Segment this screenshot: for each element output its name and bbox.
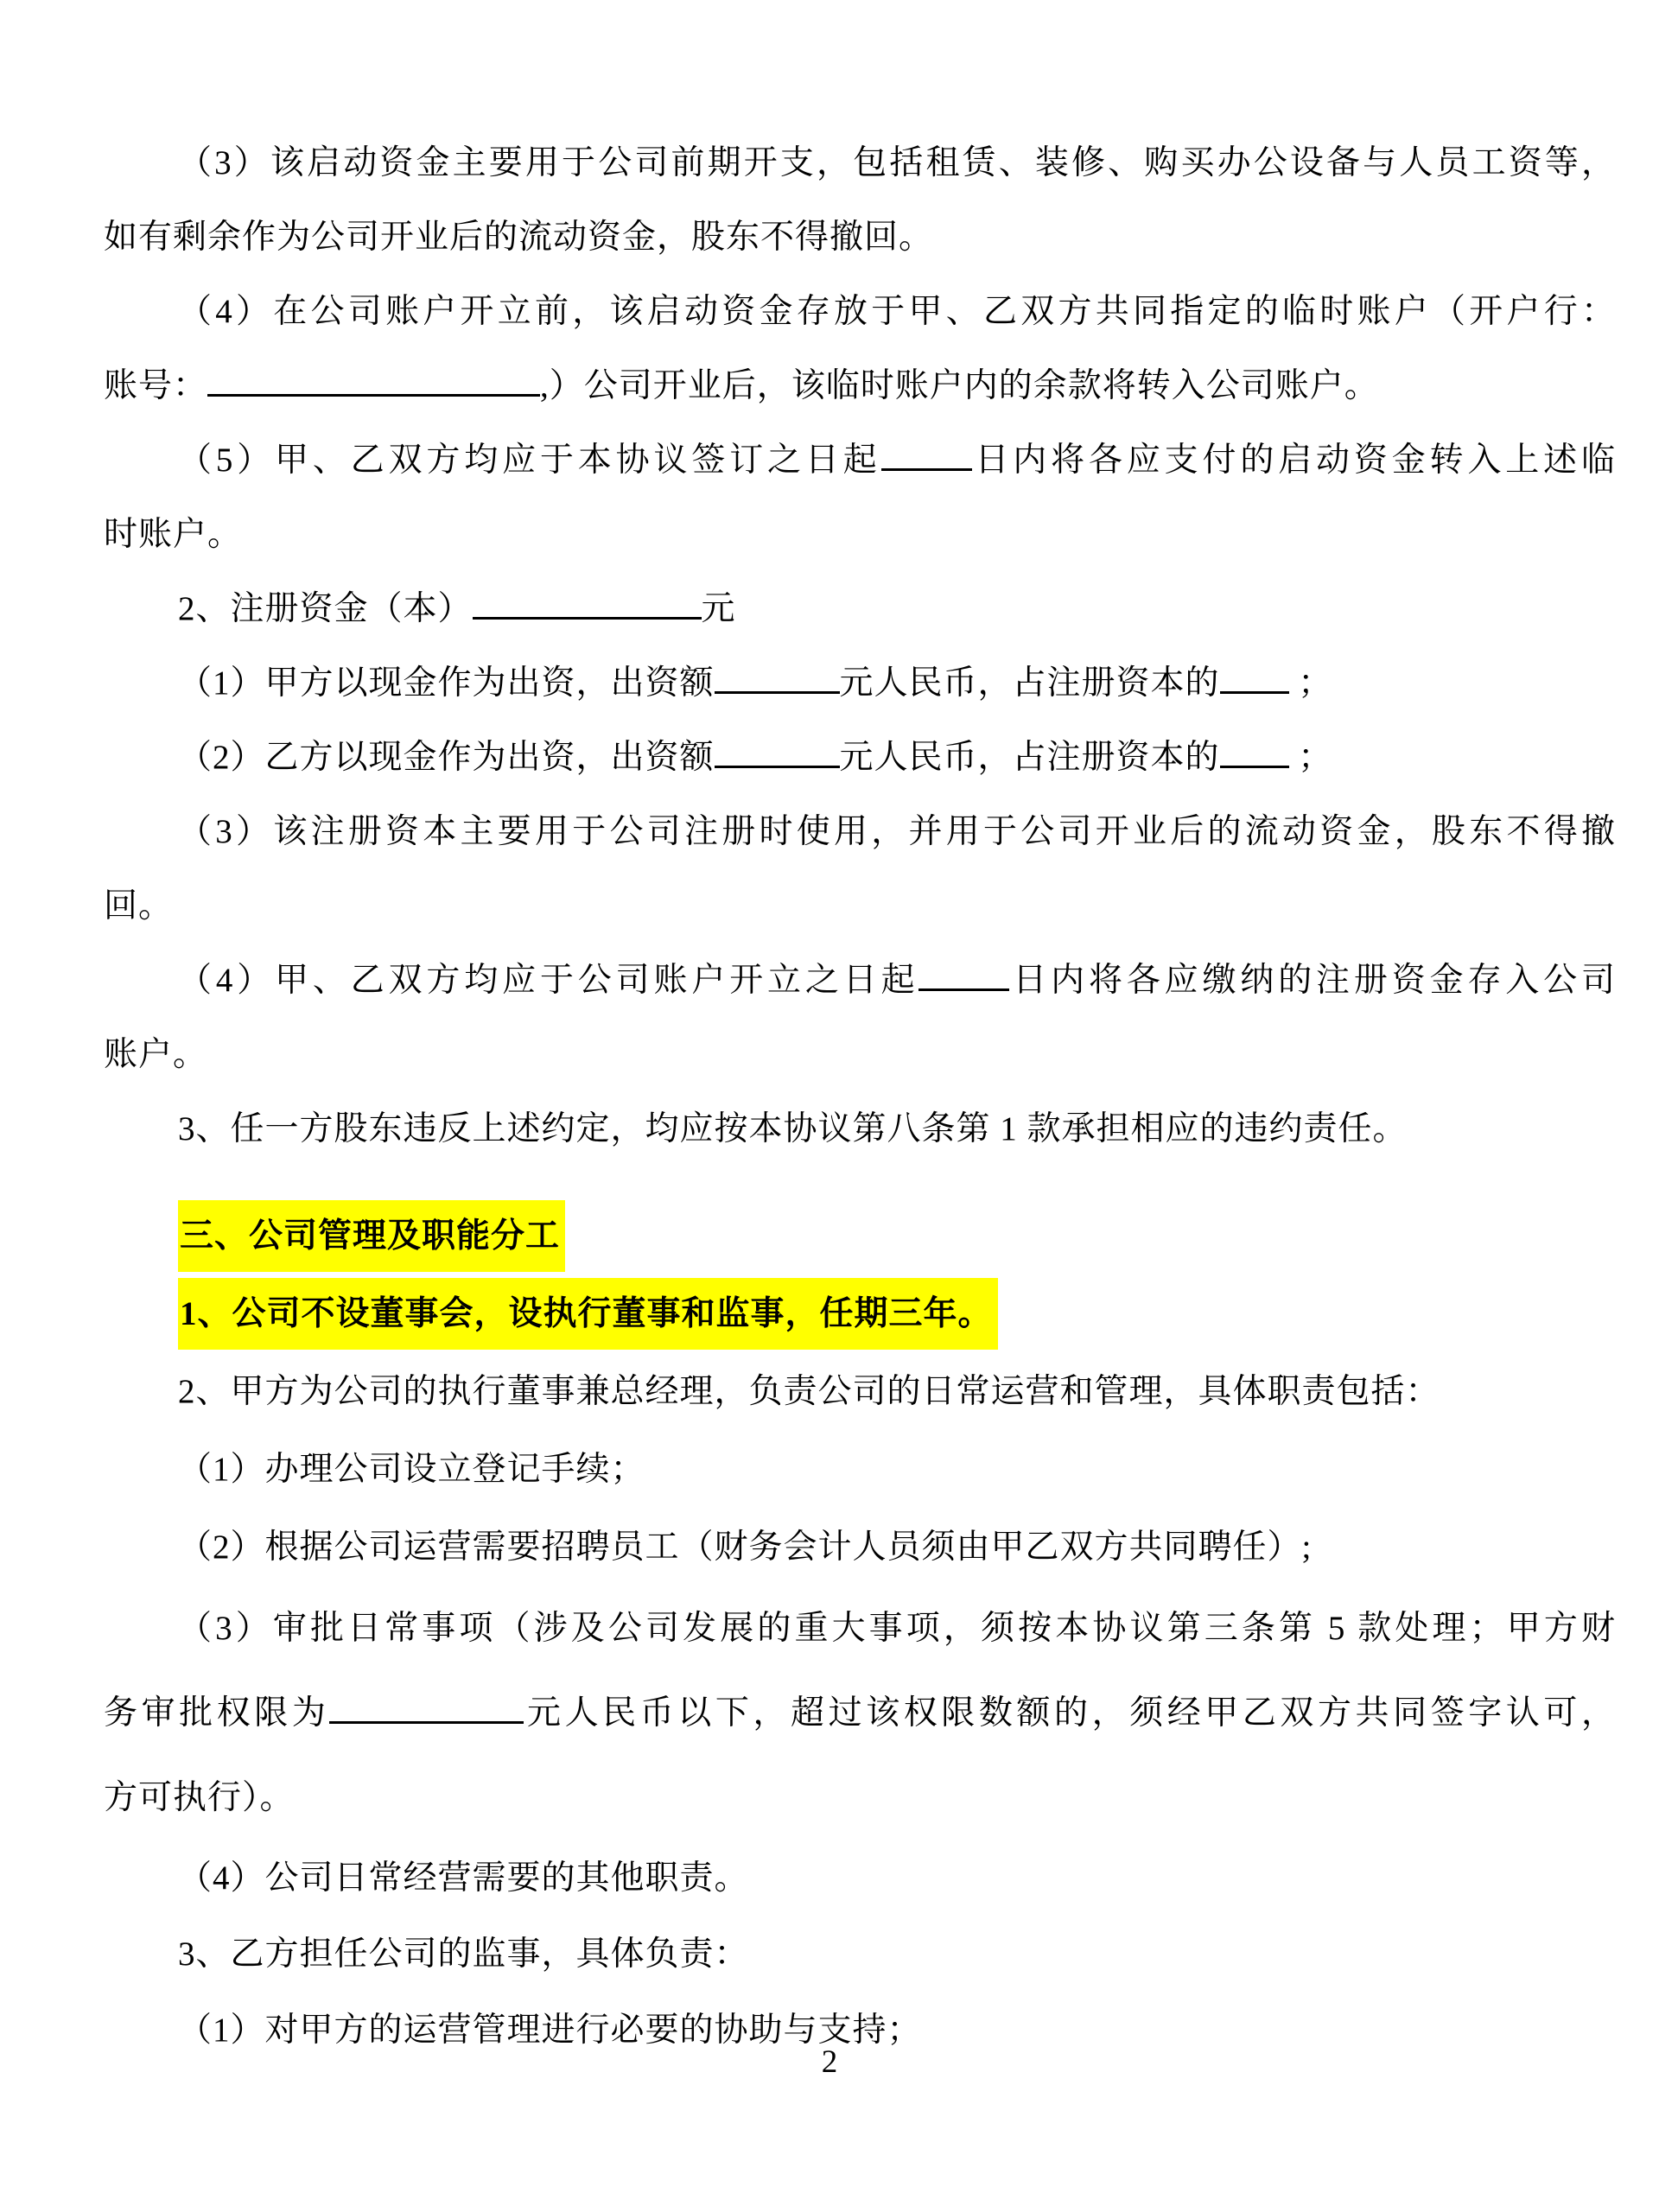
- clause-duty-3-line3: 方可执行）。: [104, 1756, 1616, 1840]
- clause-reg-3-line1: （3）该注册资本主要用于公司注册时使用，并用于公司开业后的流动资金，股东不得撤: [104, 795, 1616, 869]
- text-run: （1）甲方以现金作为出资，出资额: [178, 664, 715, 702]
- section-3-clause-2: 2、甲方为公司的执行董事兼总经理，负责公司的日常运营和管理，具体职责包括：: [104, 1353, 1616, 1431]
- clause-reg-1: （1）甲方以现金作为出资，出资额元人民币，占注册资本的 ；: [104, 646, 1616, 721]
- text-run: （1）办理公司设立登记手续；: [178, 1451, 645, 1488]
- text-run: ；: [1289, 664, 1333, 702]
- fill-in-blank: [1220, 690, 1289, 694]
- text-run: 回。: [104, 887, 173, 925]
- text-run: 三、公司管理及职能分工: [180, 1217, 560, 1255]
- clause-duty-4: （4）公司日常经营需要的其他职责。: [104, 1840, 1616, 1916]
- text-run: 账户。: [104, 1036, 207, 1073]
- text-run: ；: [1289, 739, 1333, 776]
- clause-2-5-line1: （5）甲、乙双方均应于本协议签订之日起日内将各应支付的启动资金转入上述临: [104, 423, 1616, 498]
- text-run: 3、任一方股东违反上述约定，均应按本协议第八条第 1 款承担相应的违约责任。: [178, 1110, 1408, 1147]
- text-run: ,）公司开业后，该临时账户内的余款将转入公司账户。: [540, 367, 1379, 404]
- text-run: （2）乙方以现金作为出资，出资额: [178, 739, 715, 776]
- clause-2-5-line2: 时账户。: [104, 498, 1616, 572]
- text-run: 方可执行）。: [104, 1779, 295, 1816]
- text-run: 元人民币，占注册资本的: [840, 664, 1220, 702]
- fill-in-blank: [918, 987, 1009, 991]
- clause-2-3-line2: 如有剩余作为公司开业后的流动资金，股东不得撤回。: [104, 200, 1616, 275]
- text-run: （5）甲、乙双方均应于本协议签订之日起: [178, 442, 881, 479]
- text-run: 2、注册资金（本）: [178, 590, 473, 627]
- text-run: 日内将各应缴纳的注册资金存入公司: [1009, 962, 1616, 999]
- text-run: 2、甲方为公司的执行董事兼总经理，负责公司的日常运营和管理，具体职责包括：: [178, 1373, 1440, 1410]
- clause-duty-3-line2: 务审批权限为元人民币以下，超过该权限数额的，须经甲乙双方共同签字认可，: [104, 1671, 1616, 1756]
- clause-duty-1: （1）办理公司设立登记手续；: [104, 1431, 1616, 1509]
- section-3-clause-1: 1、公司不设董事会，设执行董事和监事，任期三年。: [104, 1275, 1616, 1353]
- text-run: （4）甲、乙双方均应于公司账户开立之日起: [178, 962, 918, 999]
- section-3-clause-3: 3、乙方担任公司的监事，具体负责：: [104, 1916, 1616, 1993]
- clause-duty-2: （2）根据公司运营需要招聘员工（财务会计人员须由甲乙双方共同聘任）;: [104, 1509, 1616, 1586]
- fill-in-blank: [881, 467, 972, 471]
- text-run: 3、乙方担任公司的监事，具体负责：: [178, 1935, 749, 1973]
- registered-capital-heading: 2、注册资金（本）元: [104, 572, 1616, 646]
- clause-2-4-line2: 账号：,）公司开业后，该临时账户内的余款将转入公司账户。: [104, 349, 1616, 423]
- text-run: （4）在公司账户开立前，该启动资金存放于甲、乙双方共同指定的临时账户（开户行：: [178, 293, 1616, 330]
- highlight-run: 1、公司不设董事会，设执行董事和监事，任期三年。: [178, 1278, 998, 1350]
- clause-reg-3-line2: 回。: [104, 869, 1616, 944]
- fill-in-blank: [473, 615, 702, 620]
- fill-in-blank: [1220, 764, 1289, 768]
- section-3-heading: 三、公司管理及职能分工: [104, 1198, 1616, 1275]
- highlight-run: 三、公司管理及职能分工: [178, 1200, 565, 1272]
- text-run: （3）该启动资金主要用于公司前期开支，包括租赁、装修、购买办公设备与人员工资等，: [178, 144, 1616, 181]
- text-run: （4）公司日常经营需要的其他职责。: [178, 1859, 749, 1897]
- text-run: （3）该注册资本主要用于公司注册时使用，并用于公司开业后的流动资金，股东不得撤: [178, 813, 1616, 850]
- clause-reg-4-line2: 账户。: [104, 1018, 1616, 1092]
- clause-duty-3-line1: （3）审批日常事项（涉及公司发展的重大事项，须按本协议第三条第 5 款处理；甲方…: [104, 1586, 1616, 1671]
- clause-2-4-line1: （4）在公司账户开立前，该启动资金存放于甲、乙双方共同指定的临时账户（开户行：: [104, 275, 1616, 349]
- fill-in-blank: [715, 690, 840, 694]
- clause-reg-2: （2）乙方以现金作为出资，出资额元人民币，占注册资本的 ；: [104, 721, 1616, 795]
- document-body: （3）该启动资金主要用于公司前期开支，包括租赁、装修、购买办公设备与人员工资等，…: [104, 126, 1616, 2069]
- clause-breach-liability: 3、任一方股东违反上述约定，均应按本协议第八条第 1 款承担相应的违约责任。: [104, 1092, 1616, 1166]
- fill-in-blank: [329, 1719, 524, 1724]
- clause-reg-4-line1: （4）甲、乙双方均应于公司账户开立之日起日内将各应缴纳的注册资金存入公司: [104, 944, 1616, 1018]
- text-run: 元人民币，占注册资本的: [840, 739, 1220, 776]
- fill-in-blank: [715, 764, 840, 768]
- text-run: 如有剩余作为公司开业后的流动资金，股东不得撤回。: [104, 219, 933, 256]
- text-run: 务审批权限为: [104, 1694, 329, 1732]
- text-run: 账号：: [104, 367, 207, 404]
- text-run: 日内将各应支付的启动资金转入上述临: [972, 442, 1616, 479]
- page-number: 2: [0, 2041, 1659, 2084]
- text-run: 元: [702, 590, 736, 627]
- text-run: （2）根据公司运营需要招聘员工（财务会计人员须由甲乙双方共同聘任）;: [178, 1529, 1312, 1566]
- text-run: 元人民币以下，超过该权限数额的，须经甲乙双方共同签字认可，: [524, 1694, 1616, 1732]
- fill-in-blank: [207, 392, 540, 397]
- clause-2-3-line1: （3）该启动资金主要用于公司前期开支，包括租赁、装修、购买办公设备与人员工资等，: [104, 126, 1616, 200]
- text-run: （3）审批日常事项（涉及公司发展的重大事项，须按本协议第三条第 5 款处理；甲方…: [178, 1610, 1616, 1647]
- text-run: 1、公司不设董事会，设执行董事和监事，任期三年。: [180, 1295, 993, 1332]
- text-run: 时账户。: [104, 516, 242, 553]
- document-page: （3）该启动资金主要用于公司前期开支，包括租赁、装修、购买办公设备与人员工资等，…: [0, 0, 1659, 2212]
